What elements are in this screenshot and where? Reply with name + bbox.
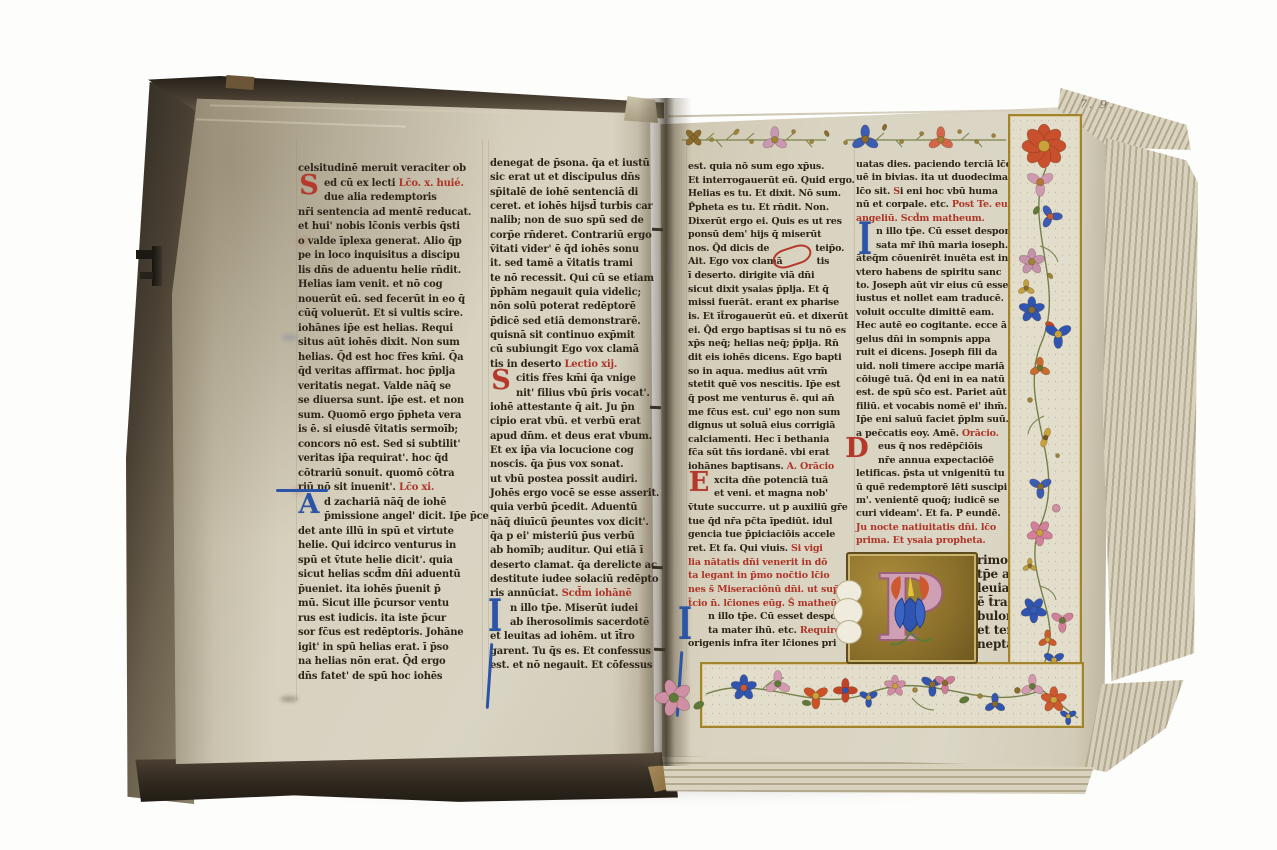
body-text: deserto clamat. q̄a derelicte ac xyxy=(490,560,657,571)
body-text: Et interrogauerūt eū. Quid ergo. xyxy=(688,175,855,186)
body-text: mū. Sicut ille p̄cursor ventu xyxy=(298,598,449,609)
flower-ornament xyxy=(1033,425,1058,450)
rubric-text: ta legant in p̄mo noc̄tio lc̄io xyxy=(688,570,829,581)
body-text: det ante illū in spū et virtute xyxy=(298,526,454,537)
flower-ornament xyxy=(1023,516,1057,550)
gutter-parchment-fold xyxy=(624,96,658,124)
body-text: Johēs ergo vocē se esse asserit. xyxy=(490,488,659,499)
body-text: letificas. p̄sta ut vnigenitū tu xyxy=(856,468,1005,479)
rubric-text: Post Te. eu xyxy=(952,199,1008,210)
metal-clasp-nub xyxy=(140,272,153,279)
drop-cap-initial-I: I xyxy=(672,606,698,645)
gold-dot-ornament xyxy=(954,126,965,137)
body-text: Ait. Ego vox clamā xyxy=(688,256,783,267)
body-text: ī deserto. dirigite viā dn̄i xyxy=(688,270,814,281)
photograph-of-illuminated-manuscript: celsitudinē meruit veraciter obed cū ex … xyxy=(0,0,1277,850)
illuminated-initial-artwork: P xyxy=(848,554,972,658)
body-text: sum. Quomō ergo p̄pheta vera xyxy=(298,410,461,421)
body-text: concors nō est. Sed si subtilit' xyxy=(298,439,460,450)
body-text: Hec autē eo cogitante. ecce ā xyxy=(856,320,1007,331)
body-text: ta mater ihū. etc. xyxy=(708,625,800,636)
body-text: is ē. si eiusdē v̄itatis sermoīb; xyxy=(298,424,458,435)
body-text: curi videam'. Et fa. P eundē. xyxy=(856,508,1000,519)
body-text: o valde īplexa generat. Alio q̄p xyxy=(298,236,462,247)
rubric-text: Ju nocte natiuitatis dn̄i. lc̄o xyxy=(856,522,996,533)
right-page-column-1: est. quia nō sum ego xp̄us.Et interrogau… xyxy=(688,160,854,651)
body-text: est. et nō negauit. Et cōfessus xyxy=(490,660,652,671)
ruling-line xyxy=(854,140,855,560)
body-text: uē in bivias. ita ut duodecima xyxy=(856,172,1008,183)
body-text: dn̄s fatet' de spū hoc iohēs xyxy=(298,671,442,682)
body-text: Helias iam venit. et nō cog xyxy=(298,279,442,290)
ink-smudge xyxy=(282,334,298,341)
leaf-ornament xyxy=(1044,270,1061,287)
body-text: lc̄o sit. xyxy=(856,186,893,197)
body-text: ed cū ex lecti xyxy=(324,178,399,189)
body-text: to. Joseph aūt vir eius cū esset xyxy=(856,280,1012,291)
body-text: Ip̄e eni saluū faciet p̄plm suū. xyxy=(856,414,1009,425)
body-text: garent. Tu q̄s es. Et confessus xyxy=(490,646,651,657)
body-text: sata mr̄ ihū maria ioseph. xyxy=(876,240,1008,251)
body-text: nalib; non de suo spū sed de xyxy=(490,215,644,226)
body-text: et veni. et magna nob' xyxy=(714,488,828,499)
flower-ornament xyxy=(981,690,1009,718)
body-text: origenis infra īter lc̄iones pri xyxy=(688,638,836,649)
body-text: ab homīb; auditur. Qui etiā ī xyxy=(490,545,643,556)
body-text: cōtrariū sonuit. quomō cōtra xyxy=(298,468,454,479)
rubric-text: Lc̄o xi. xyxy=(399,482,434,493)
body-text: helias. Q̄d est hoc fr̄es km̄i. Q̄a xyxy=(298,352,463,363)
body-text: rus est iudicis. ita iste p̄cur xyxy=(298,613,446,624)
ink-fleck xyxy=(280,696,298,702)
right-page-column-2: uatas dies. paciendo terciā lc̄ouē in bi… xyxy=(856,158,1010,548)
body-text: P̄pheta es tu. Et rn̄dit. Non. xyxy=(688,202,829,213)
body-text: ponsū dem' hijs q̄ miserūt xyxy=(688,229,821,240)
flower-ornament xyxy=(799,679,833,713)
body-text: sic erat ut et discipulus dn̄s xyxy=(490,172,640,183)
body-text: it. sed tamē a v̄itatis trami xyxy=(490,258,633,269)
body-text: situs aūt iohēs dixit. Non sum xyxy=(298,337,460,348)
flower-ornament xyxy=(727,671,761,705)
flower-ornament xyxy=(761,667,795,701)
flower-ornament xyxy=(856,685,881,710)
left-page-column-2: denegat de p̄sona. q̄a et iustūsic erat … xyxy=(490,157,662,673)
body-text: na helias nōn erat. Q̄d ergo xyxy=(298,656,446,667)
border-cusp xyxy=(836,620,862,644)
body-text: v̄tute succurre. ut p auxiliū gr̄e xyxy=(688,502,848,513)
body-text: nos. Q̄d dicis de xyxy=(688,243,769,254)
body-text: due alia redemptoris xyxy=(324,192,437,203)
drop-cap-initial-A: A xyxy=(296,492,322,518)
folio-number: 7. 9. xyxy=(1080,97,1115,111)
body-text: iohē attestante q̄ ait. Ju p̄n xyxy=(490,402,635,413)
flower-ornament xyxy=(1026,354,1054,382)
body-text: sor fc̄us est redēptoris. Johāne xyxy=(298,627,463,638)
body-text: uid. noli timere accipe mariā xyxy=(856,361,1005,372)
body-text: ret. Et fa. Qui viuis. xyxy=(688,543,791,554)
body-text: iohānes ip̄e est helias. Requi xyxy=(298,323,453,334)
body-text: celsitudinē meruit veraciter ob xyxy=(298,163,466,174)
left-page-column-1: celsitudinē meruit veraciter obed cū ex … xyxy=(298,162,482,684)
body-text: nouerūt eū. sed fecerūt in eo q̄ xyxy=(298,294,465,305)
flower-ornament xyxy=(1057,705,1079,727)
rubric-text: Lectio xij. xyxy=(564,359,617,370)
flower-ornament xyxy=(1020,556,1040,576)
rubric-text: nes s̄ Miseraciōnū dn̄i. ut sup̄. Ju xyxy=(688,584,856,595)
rubric-text: Si vigi xyxy=(791,543,823,554)
gold-dot-ornament xyxy=(1023,393,1037,407)
body-text: fc̄a sūt tn̄s iordanē. vbi erat xyxy=(688,447,829,458)
metal-clasp-hook xyxy=(136,250,154,259)
body-text: cōiugē tuā. Q̄d eni in ea natū xyxy=(856,374,1005,385)
body-text: Helias es tu. Et dixit. Nō sum. xyxy=(688,188,841,199)
body-text: nr̄e annua expectaciōē xyxy=(878,455,994,466)
gold-dot-ornament xyxy=(988,130,999,141)
drop-cap-initial-S: S xyxy=(488,368,514,394)
body-text: is. Et īt̄rogauerūt eū. et dixerūt xyxy=(688,311,848,322)
flower-ornament xyxy=(1022,164,1058,200)
gold-dot-ornament xyxy=(1052,450,1063,461)
body-text: apud dn̄m. et deus erat vbum. xyxy=(490,431,652,442)
body-text: ab iherosolimis sacerdotē xyxy=(510,617,649,628)
body-text: nōn solū poterat redēptorē xyxy=(490,301,636,312)
ruling-line xyxy=(296,140,297,700)
leaf-ornament xyxy=(875,122,892,139)
body-text: est. de spū sc̄o est. Pariet aūt xyxy=(856,387,1006,398)
body-text: gelus dn̄i in sompnis appa xyxy=(856,334,990,345)
body-text: voluit occulte dimittē eam. xyxy=(856,307,994,318)
flower-ornament xyxy=(881,672,909,700)
body-text: ceret. et iohēs hijsd̄ turbis car xyxy=(490,201,653,212)
rubric-text: S xyxy=(893,186,900,197)
body-text: stetit quē vos nescitis. Ip̄e est xyxy=(688,379,840,390)
drop-cap-initial-S: S xyxy=(296,173,322,199)
body-text: n illo tp̄e. Miserūt iudei xyxy=(510,603,638,614)
flower-ornament xyxy=(1035,201,1066,232)
leaf-ornament xyxy=(680,694,708,722)
body-text: ut vbū postea possit audiri. xyxy=(490,474,637,485)
binding-tab xyxy=(226,75,255,90)
body-text: me fc̄us est. cui' ego non sum xyxy=(688,407,840,418)
body-text: helie. Qui idcirco venturus in xyxy=(298,540,456,551)
rubric-text: Lc̄o. x. huié. xyxy=(399,178,464,189)
body-text: dignus ut soluā eius corrigiā xyxy=(688,420,835,431)
body-text: lis dn̄s de aduentu helie rn̄dit. xyxy=(298,265,461,276)
body-text: q̄a p ei' misteriū p̄us verbū xyxy=(490,531,635,542)
drop-cap-initial-D: D xyxy=(844,436,870,462)
fore-edge-stack-side xyxy=(1102,138,1198,698)
body-text: se diuersa sunt. ip̄e est. et non xyxy=(298,395,464,406)
gold-dot-ornament xyxy=(896,136,907,147)
gold-dot-ornament xyxy=(746,136,757,147)
body-text: a pec̄catis eoy. Amē. xyxy=(856,428,962,439)
body-text: quia verbū p̄cedit. Aduentū xyxy=(490,502,637,513)
body-text: spū et v̄tute helie dicit'. quia xyxy=(298,555,453,566)
rubric-text: Scd̄m iohānē xyxy=(562,588,632,599)
body-text: denegat de p̄sona. q̄a et iustū xyxy=(490,158,650,169)
drop-cap-initial-I: I xyxy=(482,598,508,637)
floral-border-right xyxy=(1008,114,1082,670)
body-text: sicut dixit ysaias p̄plja. Et q̄ xyxy=(688,284,829,295)
body-text: teip̄o. xyxy=(815,243,844,254)
body-text: igit' in spū helias erat. ī p̄so xyxy=(298,642,449,653)
body-text: sicut helias scd̄m dn̄i aduentū xyxy=(298,569,461,580)
body-text: ruit ei dicens. Joseph fili da xyxy=(856,347,997,358)
body-text: xp̄s neq̄; helias neq̄; p̄plja. Rn̄ xyxy=(688,338,839,349)
body-text: cipio erat vbū. et verbū erat xyxy=(490,416,641,427)
body-text: veritatis negat. Valde nāq̄ se xyxy=(298,381,451,392)
flower-ornament xyxy=(1040,316,1076,352)
body-text: p̄missione angel' dicit. Ip̄e p̄ce xyxy=(324,511,489,522)
body-text: Et ex ip̄a via locucione cog xyxy=(490,445,634,456)
gold-dot-ornament xyxy=(971,136,982,147)
body-text: nr̄i sentencia ad mentē reducat. xyxy=(298,207,471,218)
flower-ornament xyxy=(681,125,706,150)
body-text: nāq̄ diuīcū p̄euntes vox dicit'. xyxy=(490,517,649,528)
drop-cap-initial-I: I xyxy=(852,221,878,260)
body-text: āteq̄m cōuenirēt inuēta est in xyxy=(856,253,1008,264)
body-text: corp̄e rn̄deret. Contrariū ergo xyxy=(490,230,652,241)
rubric-text: lia nātatis dn̄i venerit in dō xyxy=(688,557,827,568)
body-text: te nō recessit. Qui cū se etiam xyxy=(490,273,654,284)
ruling-line xyxy=(664,140,665,680)
body-text: quisnā sit continuo exp̄mit xyxy=(490,330,635,341)
leaf-ornament xyxy=(820,128,837,145)
body-text: p̄dicē sed etiā demonstrarē. xyxy=(490,316,641,327)
body-text: p̄ueniet. ita iohēs p̄uenit p̄ xyxy=(298,584,441,595)
body-text: i eni hoc vbū huma xyxy=(900,186,998,197)
body-text: missi fuerāt. erant ex pharise xyxy=(688,297,839,308)
body-text: d zachariā nāq̄ de iohē xyxy=(324,497,446,508)
body-text: destitute iudee solaciū redēpto xyxy=(490,574,658,585)
body-text: p̄phām negauit quia videlic; xyxy=(490,287,641,298)
flower-ornament xyxy=(758,123,792,157)
body-text: q̄ post me venturus ē. qui an̄ xyxy=(688,393,834,404)
body-text: citis fr̄es km̄i q̄a vnige xyxy=(516,373,636,384)
rubric-text: t̄cio n̄. lc̄iones eūg. S̄ matheū. xyxy=(688,598,840,609)
body-text: pe in loco inquisitus a discipu xyxy=(298,250,460,261)
body-text: rimo xyxy=(977,553,1008,567)
gold-dot-ornament xyxy=(806,136,817,147)
initial-flourish-bar xyxy=(276,489,328,492)
body-text: et hui' nobis lc̄onis verbis q̄sti xyxy=(298,221,460,232)
drop-cap-initial-E: E xyxy=(686,470,712,496)
body-text: gencia tue p̄piciaciōis accele xyxy=(688,529,835,540)
body-text: et leuitas ad iohēm. ut īt̄ro xyxy=(490,631,635,642)
body-text: v̄itati vider' ē q̄d iohēs sonu xyxy=(490,244,639,255)
body-text: sp̄italē de iohē sentenciā di xyxy=(490,187,638,198)
ruling-line xyxy=(686,140,687,670)
body-text: nit' filius vbū p̄ris vocat'. xyxy=(516,388,650,399)
leaf-ornament xyxy=(947,689,972,714)
flower-ornament xyxy=(924,123,958,157)
body-text: xcita dn̄e potenciā tuā xyxy=(714,475,828,486)
body-text: m'. venientē quoq̄; iudicē se xyxy=(856,495,999,506)
body-text: dit eis iohēs dicens. Ego bapti xyxy=(688,352,842,363)
body-text: veritas ip̄a requirat'. hoc q̄d xyxy=(298,453,448,464)
rubric-text: A. Orācio xyxy=(787,461,834,472)
gold-dot-ornament xyxy=(706,134,717,145)
body-text: calciamenti. Hec ī bethania xyxy=(688,434,829,445)
body-text: cū subiungit Ego vox clamā xyxy=(490,344,639,355)
body-text: ei. Q̄d ergo baptisas si tu nō es xyxy=(688,325,846,336)
rubric-text: Orācio. xyxy=(962,428,999,439)
body-text: cūq̄ voluerūt. Et si vultis scire. xyxy=(298,308,463,319)
body-text: Dixerūt ergo ei. Quis es ut res xyxy=(688,216,842,227)
body-text: vtero habens de spiritu sanc xyxy=(856,267,1001,278)
leaf-ornament xyxy=(726,126,743,143)
body-text: q̄d veritas affirmat. hoc p̄plja xyxy=(298,366,455,377)
body-text: tue q̄d nr̄a pc̄ta īpediūt. idul xyxy=(688,516,832,527)
body-text: eus q̄ nos redēpc̄iōis xyxy=(878,441,983,452)
floral-border-bottom xyxy=(700,662,1084,728)
body-text: nū et corpale. etc. xyxy=(856,199,952,210)
body-text: iustus et nollet eam traducē. xyxy=(856,293,1004,304)
rubric-text: prima. Et ysaia propheta. xyxy=(856,535,986,546)
body-text: so in aqua. medius aūt vrm̄ xyxy=(688,366,827,377)
body-text: noscis. q̄a p̄us vox sonat. xyxy=(490,459,623,470)
floral-border-top xyxy=(676,116,1012,164)
illuminated-initial-P-block: P xyxy=(846,552,978,664)
body-text: n illo tp̄e. Cū esset despon xyxy=(876,226,1011,237)
body-text: filiū. et vocabis nomē ei' ihm̄. xyxy=(856,401,1007,412)
body-text: tis xyxy=(817,256,830,267)
body-text: ū quē redemptorē lēti suscipi xyxy=(856,482,1007,493)
gold-dot-ornament xyxy=(788,126,799,137)
